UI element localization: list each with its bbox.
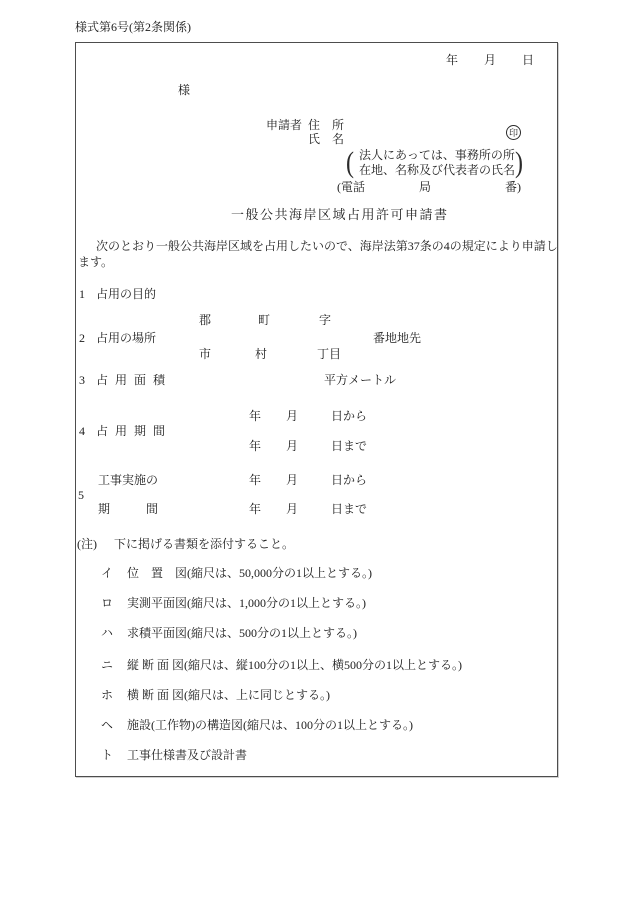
attachment-text: 実測平面図(縮尺は、1,000分の1以上とする。)	[127, 596, 366, 610]
applicant-address-label: 住 所	[308, 118, 344, 132]
corporate-note-line2: 在地、名称及び代表者の氏名	[359, 163, 515, 177]
attachment-kana: ヘ	[101, 718, 113, 732]
document-title: 一般公共海岸区域占用許可申請書	[231, 208, 449, 222]
field-construction-label-line1: 工事実施の	[98, 473, 158, 487]
month-label: 月	[286, 502, 298, 516]
field-construction-label-line2: 期 間	[98, 502, 158, 516]
year-label: 年	[249, 502, 261, 516]
attachment-text: 施設(工作物)の構造図(縮尺は、100分の1以上とする。)	[127, 718, 413, 732]
year-label: 年	[249, 439, 261, 453]
location-lot-label: 番地地先	[373, 331, 421, 345]
field-location-label: 占用の場所	[96, 331, 156, 345]
day-to-label: 日まで	[331, 439, 367, 453]
day-from-label: 日から	[331, 473, 367, 487]
month-label: 月	[286, 409, 298, 423]
location-village-label: 村	[255, 347, 267, 361]
area-unit-label: 平方メートル	[324, 373, 396, 387]
intro-line1: 次のとおり一般公共海岸区域を占用したいので、海岸法第37条の4の規定により申請し	[96, 239, 558, 253]
date-day-label: 日	[522, 53, 534, 67]
field-area-label: 占 用 面 積	[96, 373, 167, 387]
day-from-label: 日から	[331, 409, 367, 423]
month-label: 月	[286, 473, 298, 487]
period-to-row: 年 月 日まで	[249, 439, 369, 453]
day-to-label: 日まで	[331, 502, 367, 516]
corporate-note-line1: 法人にあっては、事務所の所	[359, 148, 515, 162]
attachment-text: 位 置 図(縮尺は、50,000分の1以上とする。)	[127, 566, 372, 580]
attachment-text: 工事仕様書及び設計書	[127, 748, 247, 762]
applicant-label: 申請者	[266, 118, 302, 132]
year-label: 年	[249, 473, 261, 487]
page-root: 様式第6号(第2条関係) 年 月 日 様 申請者 住 所 氏 名 印 ( 法人に…	[0, 0, 630, 915]
date-month-label: 月	[484, 53, 496, 67]
phone-number-label: 番)	[505, 180, 521, 194]
form-label: 様式第6号(第2条関係)	[75, 20, 191, 34]
phone-prefix-label: (電話	[337, 180, 365, 194]
construction-from-row: 年 月 日から	[249, 473, 369, 487]
month-label: 月	[286, 439, 298, 453]
attachment-kana: ト	[101, 748, 113, 762]
location-county-label: 郡	[199, 313, 211, 327]
location-chome-label: 丁目	[317, 347, 341, 361]
field-purpose-no: 1	[79, 287, 85, 301]
note-prefix: (注)	[77, 537, 97, 551]
attachment-kana: ニ	[101, 658, 113, 672]
corporate-note-open-bracket: (	[346, 147, 354, 178]
field-construction-no: 5	[78, 488, 84, 502]
field-location-no: 2	[79, 331, 85, 345]
location-city-label: 市	[199, 347, 211, 361]
corporate-note-close-bracket: )	[515, 147, 523, 178]
field-period-label: 占 用 期 間	[96, 424, 167, 438]
intro-line2: ます。	[78, 255, 113, 269]
attachment-kana: ホ	[101, 688, 113, 702]
applicant-name-label: 氏 名	[308, 132, 344, 146]
date-year-label: 年	[446, 53, 458, 67]
year-label: 年	[249, 409, 261, 423]
attachment-text: 横 断 面 図(縮尺は、上に同じとする。)	[127, 688, 330, 702]
attachment-kana: ハ	[101, 626, 113, 640]
location-aza-label: 字	[319, 313, 331, 327]
attachment-text: 求積平面図(縮尺は、500分の1以上とする。)	[127, 626, 357, 640]
field-purpose-label: 占用の目的	[96, 287, 156, 301]
construction-to-row: 年 月 日まで	[249, 502, 369, 516]
seal-stamp: 印	[506, 125, 521, 140]
attachment-kana: ロ	[101, 596, 113, 610]
location-town-label: 町	[258, 313, 270, 327]
note-text: 下に掲げる書類を添付すること。	[114, 537, 294, 551]
period-from-row: 年 月 日から	[249, 409, 369, 423]
attachment-text: 縦 断 面 図(縮尺は、縦100分の1以上、横500分の1以上とする。)	[127, 658, 462, 672]
phone-exchange-label: 局	[419, 180, 431, 194]
attachment-kana: イ	[101, 566, 113, 580]
document-box: 年 月 日 様 申請者 住 所 氏 名 印 ( 法人にあっては、事務所の所 在地…	[75, 42, 558, 777]
field-area-no: 3	[79, 373, 85, 387]
field-period-no: 4	[79, 424, 85, 438]
addressee-sama-label: 様	[178, 83, 190, 97]
